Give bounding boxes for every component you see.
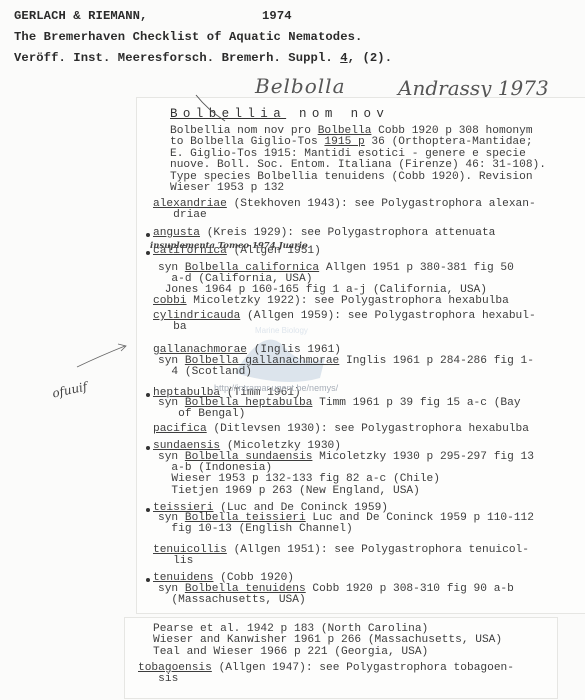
annotation-marks [0,0,585,700]
handwritten-arrow-icon [77,346,125,367]
handwritten-stroke [196,95,225,121]
